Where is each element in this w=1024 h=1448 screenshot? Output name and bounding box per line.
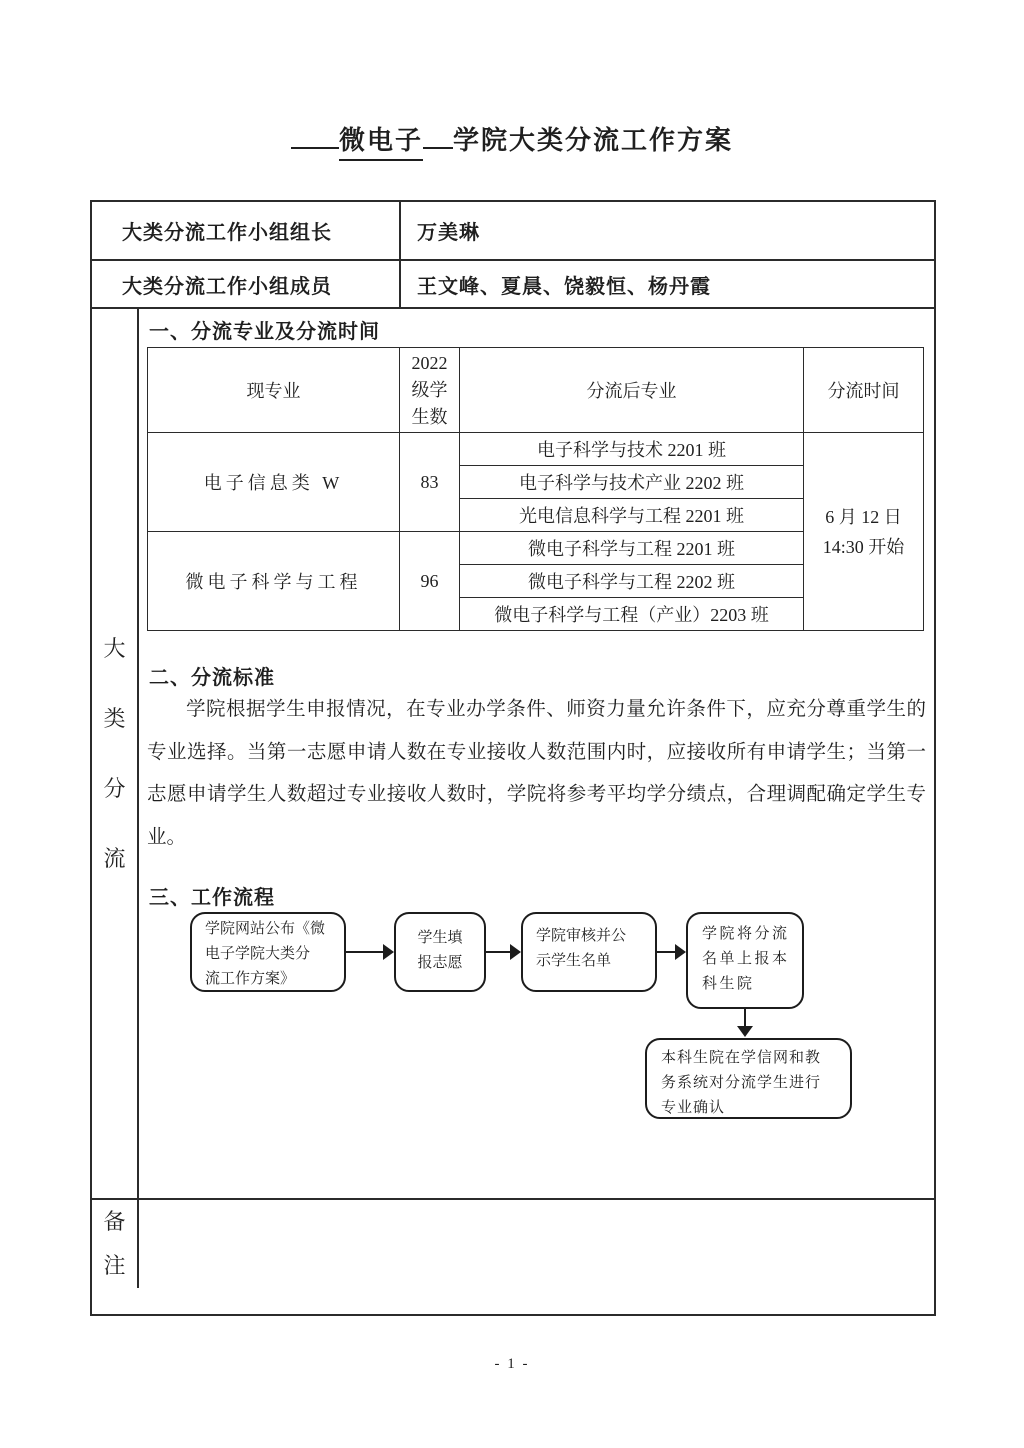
category-diversion-side-cell: 大 类 分 流 [92,309,139,1198]
table-row: 电子信息类 W 83 电子科学与技术 2201 班 6 月 12 日 14:30… [148,433,924,466]
col-header-student-count: 2022 级学 生数 [400,348,460,433]
main-form-table: 大类分流工作小组组长 万美琳 大类分流工作小组成员 王文峰、夏晨、饶毅恒、杨丹霞… [90,200,936,1316]
target-major-cell: 电子科学与技术 2201 班 [460,433,804,466]
section-three-title: 三、工作流程 [149,881,275,910]
title-college-name: 微电子 [339,126,423,161]
student-count-cell-1: 83 [400,433,460,532]
col-header-after-major: 分流后专业 [460,348,804,433]
remarks-content-cell [139,1200,934,1288]
current-major-cell-1: 电子信息类 W [148,433,400,532]
flow-step-major-confirmation: 本科生院在学信网和教 务系统对分流学生进行 专业确认 [645,1038,852,1119]
remarks-row: 备 注 [92,1200,934,1288]
group-members-row: 大类分流工作小组成员 王文峰、夏晨、饶毅恒、杨丹霞 [92,261,934,309]
category-diversion-row: 大 类 分 流 一、分流专业及分流时间 现专业 2022 级学 生数 分流后专业… [92,309,934,1200]
document-title: 微电子学院大类分流工作方案 [0,120,1024,157]
group-leader-row: 大类分流工作小组组长 万美琳 [92,202,934,261]
flow-step-report-list: 学院将分流 名单上报本 科生院 [686,912,804,1009]
group-members-label: 大类分流工作小组成员 [92,261,401,307]
section-two-title: 二、分流标准 [149,661,275,690]
diversion-standard-paragraph: 学院根据学生申报情况，在专业办学条件、师资力量允许条件下，应充分尊重学生的专业选… [147,689,926,859]
target-major-cell: 微电子科学与工程 2202 班 [460,565,804,598]
major-allocation-table: 现专业 2022 级学 生数 分流后专业 分流时间 电子信息类 W 83 电子科… [147,347,924,631]
title-underline-leading [291,143,339,149]
flow-step-review-publicize: 学院审核并公 示学生名单 [521,912,657,992]
target-major-cell: 光电信息科学与工程 2201 班 [460,499,804,532]
section-one-title: 一、分流专业及分流时间 [149,315,380,344]
workflow-flowchart: 学院网站公布《微 电子学院大类分 流工作方案》 学生填 报志愿 学院审核并公 示… [139,907,934,1147]
title-rest: 学院大类分流工作方案 [453,126,733,155]
flow-step-publish-plan: 学院网站公布《微 电子学院大类分 流工作方案》 [190,912,346,992]
remarks-vertical-label: 备 注 [103,1200,125,1288]
col-header-current-major: 现专业 [148,348,400,433]
target-major-cell: 微电子科学与工程（产业）2203 班 [460,598,804,631]
right-arrow-icon [486,944,521,960]
right-arrow-icon [346,944,394,960]
down-arrow-icon [737,1009,754,1037]
current-major-cell-2: 微电子科学与工程 [148,532,400,631]
group-leader-label: 大类分流工作小组组长 [92,202,401,259]
category-diversion-content: 一、分流专业及分流时间 现专业 2022 级学 生数 分流后专业 分流时间 [139,309,934,1198]
remarks-side-cell: 备 注 [92,1200,139,1288]
group-members-value: 王文峰、夏晨、饶毅恒、杨丹霞 [401,261,934,307]
document-page: 微电子学院大类分流工作方案 大类分流工作小组组长 万美琳 大类分流工作小组成员 … [0,0,1024,1448]
category-diversion-vertical-label: 大 类 分 流 [103,614,125,894]
right-arrow-icon [657,944,686,960]
title-underline-trailing [423,143,453,149]
page-number: - 1 - [0,1356,1024,1373]
table-header-row: 现专业 2022 级学 生数 分流后专业 分流时间 [148,348,924,433]
diversion-time-cell: 6 月 12 日 14:30 开始 [804,433,924,631]
target-major-cell: 微电子科学与工程 2201 班 [460,532,804,565]
group-leader-value: 万美琳 [401,202,934,259]
target-major-cell: 电子科学与技术产业 2202 班 [460,466,804,499]
col-header-time: 分流时间 [804,348,924,433]
student-count-cell-2: 96 [400,532,460,631]
flow-step-students-apply: 学生填 报志愿 [394,912,486,992]
